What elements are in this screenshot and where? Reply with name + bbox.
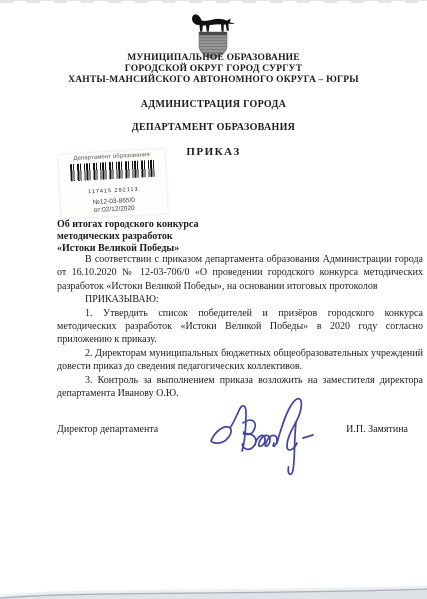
subject-line-1: Об итогах городского конкурса (57, 219, 287, 231)
document-subject: Об итогах городского конкурса методическ… (57, 219, 287, 255)
org-name-block: МУНИЦИПАЛЬНОЕ ОБРАЗОВАНИЕ ГОРОДСКОЙ ОКРУ… (0, 53, 427, 86)
org-line-3: ХАНТЫ-МАНСИЙСКОГО АВТОНОМНОГО ОКРУГА – Ю… (0, 75, 427, 86)
scan-edge-bottom (0, 581, 427, 599)
administration-title: АДМИНИСТРАЦИЯ ГОРОДА (0, 99, 427, 110)
scan-artifact-top (0, 1, 427, 3)
handwritten-signature (205, 391, 317, 481)
document-page: МУНИЦИПАЛЬНОЕ ОБРАЗОВАНИЕ ГОРОДСКОЙ ОКРУ… (0, 0, 427, 599)
org-line-2: ГОРОДСКОЙ ОКРУГ ГОРОД СУРГУТ (0, 64, 427, 75)
fox-silhouette (192, 14, 235, 31)
preamble-paragraph: В соответствии с приказом департамента о… (57, 253, 423, 293)
department-title: ДЕПАРТАМЕНТ ОБРАЗОВАНИЯ (0, 122, 427, 133)
prikazyvayu-line: ПРИКАЗЫВАЮ: (57, 293, 423, 306)
signer-position: Директор департамента (57, 424, 158, 435)
barcode (70, 160, 155, 181)
org-line-1: МУНИЦИПАЛЬНОЕ ОБРАЗОВАНИЕ (0, 53, 427, 64)
registration-stamp: Департамент образования 117415 292113 №1… (58, 149, 167, 218)
order-item-1: 1. Утвердить список победителей и призёр… (57, 307, 423, 347)
order-item-2: 2. Директорам муниципальных бюджетных об… (57, 347, 423, 374)
document-body: В соответствии с приказом департамента о… (57, 253, 423, 400)
shield-top-band (199, 32, 227, 35)
barcode-digits: 117415 292113 (86, 187, 141, 196)
signer-name: И.П. Замятина (346, 424, 408, 435)
subject-line-2: методических разработок (57, 231, 287, 243)
